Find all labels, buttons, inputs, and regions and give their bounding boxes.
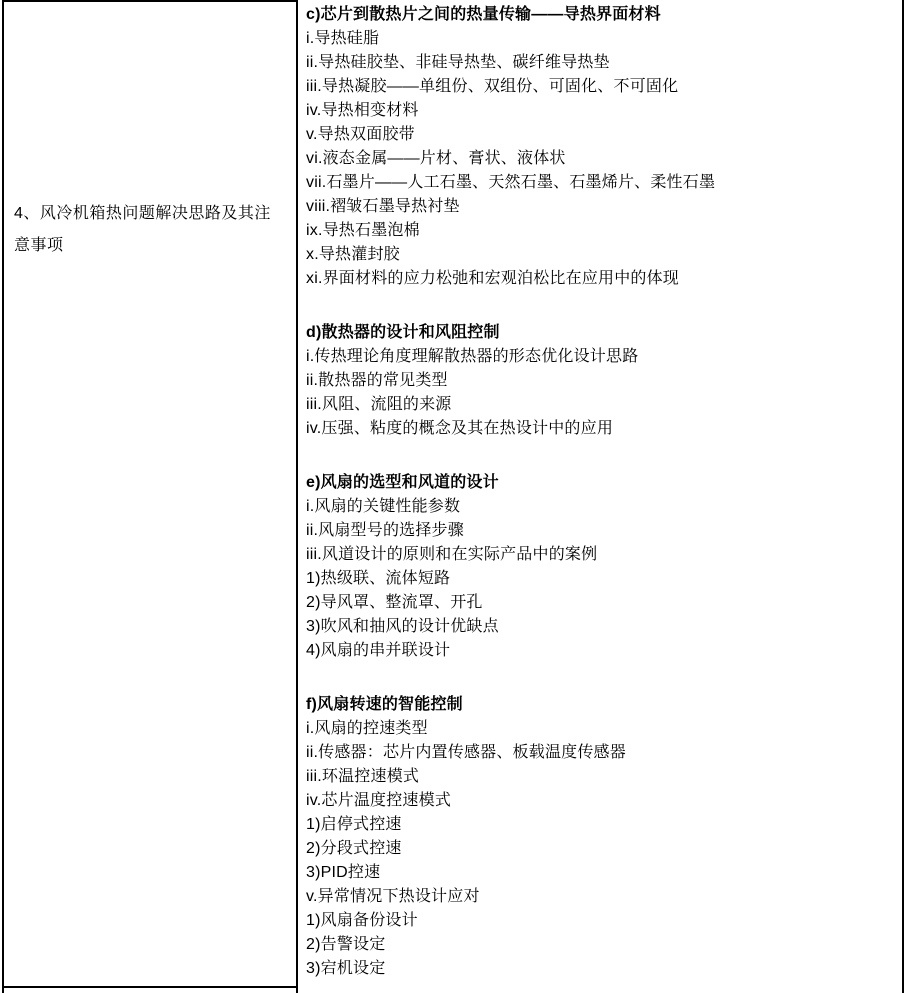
outline-item: 3)PID控速 (306, 861, 898, 885)
outline-item: 1)风扇备份设计 (306, 909, 898, 933)
outline-item: 4)风扇的串并联设计 (306, 639, 898, 663)
row-label: 4、风冷机箱热问题解决思路及其注意事项 (14, 198, 278, 262)
outline-item: i.传热理论角度理解散热器的形态优化设计思路 (306, 345, 898, 369)
outline-item: 3)吹风和抽风的设计优缺点 (306, 615, 898, 639)
outline-item: iii.环温控速模式 (306, 765, 898, 789)
outline-item: viii.褶皱石墨导热衬垫 (306, 195, 898, 219)
outline-item: iv.压强、粘度的概念及其在热设计中的应用 (306, 417, 898, 441)
outline-item: 2)分段式控速 (306, 837, 898, 861)
outline-item: x.导热灌封胶 (306, 243, 898, 267)
outline-item: i.风扇的关键性能参数 (306, 495, 898, 519)
outline-section: c)芯片到散热片之间的热量传输——导热界面材料i.导热硅脂ii.导热硅胶垫、非硅… (306, 3, 898, 291)
outline-item: v.导热双面胶带 (306, 123, 898, 147)
section-heading: e)风扇的选型和风道的设计 (306, 471, 898, 495)
outline-item: ii.散热器的常见类型 (306, 369, 898, 393)
outline-section: e)风扇的选型和风道的设计i.风扇的关键性能参数ii.风扇型号的选择步骤iii.… (306, 471, 898, 663)
outline-item: 1)启停式控速 (306, 813, 898, 837)
outline-item: 2)告警设定 (306, 933, 898, 957)
outline-item: i.导热硅脂 (306, 27, 898, 51)
outline-sections: c)芯片到散热片之间的热量传输——导热界面材料i.导热硅脂ii.导热硅胶垫、非硅… (306, 3, 898, 981)
outline-item: iii.风阻、流阻的来源 (306, 393, 898, 417)
section-heading: c)芯片到散热片之间的热量传输——导热界面材料 (306, 3, 898, 27)
table-border-right (902, 0, 904, 993)
outline-item: iii.导热凝胶——单组份、双组份、可固化、不可固化 (306, 75, 898, 99)
outline-section: d)散热器的设计和风阻控制i.传热理论角度理解散热器的形态优化设计思路ii.散热… (306, 321, 898, 441)
outline-item: iii.风道设计的原则和在实际产品中的案例 (306, 543, 898, 567)
outline-item: ii.导热硅胶垫、非硅导热垫、碳纤维导热垫 (306, 51, 898, 75)
document-page: 4、风冷机箱热问题解决思路及其注意事项 c)芯片到散热片之间的热量传输——导热界… (0, 0, 906, 993)
outline-item: i.风扇的控速类型 (306, 717, 898, 741)
outline-item: v.异常情况下热设计应对 (306, 885, 898, 909)
outline-item: 3)宕机设定 (306, 957, 898, 981)
outline-item: vi.液态金属——片材、膏状、液体状 (306, 147, 898, 171)
outline-section: f)风扇转速的智能控制i.风扇的控速类型ii.传感器：芯片内置传感器、板载温度传… (306, 693, 898, 981)
outline-item: 2)导风罩、整流罩、开孔 (306, 591, 898, 615)
table-column-divider (296, 0, 298, 993)
left-cell: 4、风冷机箱热问题解决思路及其注意事项 (4, 2, 296, 986)
outline-item: ii.传感器：芯片内置传感器、板载温度传感器 (306, 741, 898, 765)
right-cell: c)芯片到散热片之间的热量传输——导热界面材料i.导热硅脂ii.导热硅胶垫、非硅… (306, 3, 898, 981)
outline-item: vii.石墨片——人工石墨、天然石墨、石墨烯片、柔性石墨 (306, 171, 898, 195)
section-heading: d)散热器的设计和风阻控制 (306, 321, 898, 345)
outline-item: ix.导热石墨泡棉 (306, 219, 898, 243)
left-cell-bottom-border (2, 986, 296, 988)
section-heading: f)风扇转速的智能控制 (306, 693, 898, 717)
outline-item: 1)热级联、流体短路 (306, 567, 898, 591)
outline-item: ii.风扇型号的选择步骤 (306, 519, 898, 543)
outline-item: iv.芯片温度控速模式 (306, 789, 898, 813)
outline-item: iv.导热相变材料 (306, 99, 898, 123)
outline-item: xi.界面材料的应力松弛和宏观泊松比在应用中的体现 (306, 267, 898, 291)
